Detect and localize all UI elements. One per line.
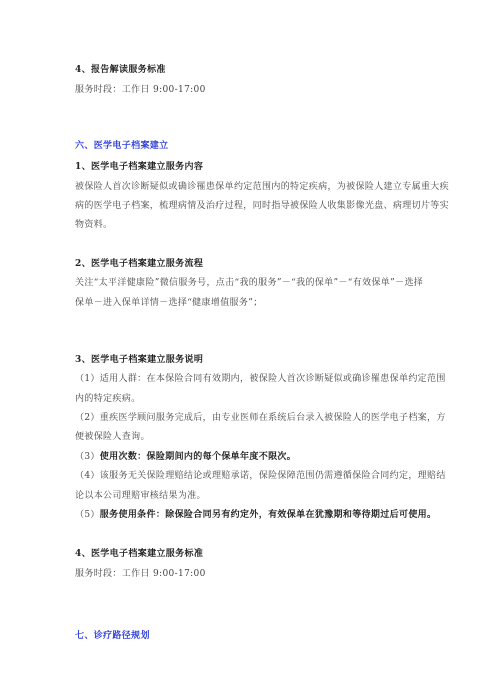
service-hours-text: 服务时段：工作日 9:00-17:00: [75, 568, 206, 580]
list-item: （1）适用人群：在本保险合同有效期内，被保险人首次诊断疑似或确诊罹患保单约定范围: [75, 373, 446, 385]
list-item-continuation: 论以本公司理赔审核结果为准。: [75, 490, 206, 502]
list-item: （4）该服务无关保险理赔结论或理赔承诺，保险保障范围仍需遵循保险合同约定，理赔结: [75, 470, 446, 482]
list-item-number: （3）: [75, 452, 100, 462]
subheading-standard: 4、医学电子档案建立服务标准: [75, 548, 203, 560]
list-item-text: 该服务无关保险理赔结论或理赔承诺，保险保障范围仍需遵循保险合同约定，理赔结: [100, 471, 446, 481]
list-item-number: （1）: [75, 374, 100, 384]
list-item-continuation: 内的特定疾病。: [75, 393, 140, 405]
list-item-number: （4）: [75, 471, 100, 481]
section-title-treatment-path: 七、诊疗路径规划: [75, 630, 150, 642]
list-item-number: （2）: [75, 413, 100, 423]
list-item-text-bold: 使用次数：保险期间内的每个保单年度不限次。: [100, 452, 296, 462]
paragraph-line: 关注“太平洋健康险”微信服务号，点击“我的服务”－“我的保单”－“有效保单”－选…: [75, 277, 423, 289]
list-item: （3）使用次数：保险期间内的每个保单年度不限次。: [75, 451, 296, 463]
subheading-content: 1、医学电子档案建立服务内容: [75, 161, 203, 173]
paragraph-line: 保单－进入保单详情－选择“健康增值服务”；: [75, 297, 263, 309]
subheading-report-standard: 4、报告解读服务标准: [75, 64, 166, 76]
list-item-number: （5）: [75, 510, 100, 520]
list-item-text: 重疾医学顾问服务完成后，由专业医师在系统后台录入被保险人的医学电子档案，方: [100, 413, 446, 423]
paragraph-line: 物资料。: [75, 219, 112, 231]
paragraph-line: 被保险人首次诊断疑似或确诊罹患保单约定范围内的特定疾病，为被保险人建立专属重大疾: [75, 181, 449, 193]
paragraph-line: 病的医学电子档案，梳理病情及治疗过程，同时指导被保险人收集影像光盘、病理切片等实: [75, 200, 449, 212]
section-title-medical-records: 六、医学电子档案建立: [75, 140, 169, 152]
subheading-description: 3、医学电子档案建立服务说明: [75, 354, 203, 366]
list-item: （5）服务使用条件：除保险合同另有约定外，有效保单在犹豫期和等待期过后可使用。: [75, 509, 436, 521]
list-item-text-bold: 服务使用条件：除保险合同另有约定外，有效保单在犹豫期和等待期过后可使用。: [100, 510, 437, 520]
list-item: （2）重疾医学顾问服务完成后，由专业医师在系统后台录入被保险人的医学电子档案，方: [75, 412, 446, 424]
list-item-continuation: 便被保险人查询。: [75, 431, 150, 443]
subheading-process: 2、医学电子档案建立服务流程: [75, 258, 203, 270]
service-hours-text: 服务时段：工作日 9:00-17:00: [75, 84, 206, 96]
list-item-text: 适用人群：在本保险合同有效期内，被保险人首次诊断疑似或确诊罹患保单约定范围: [100, 374, 446, 384]
